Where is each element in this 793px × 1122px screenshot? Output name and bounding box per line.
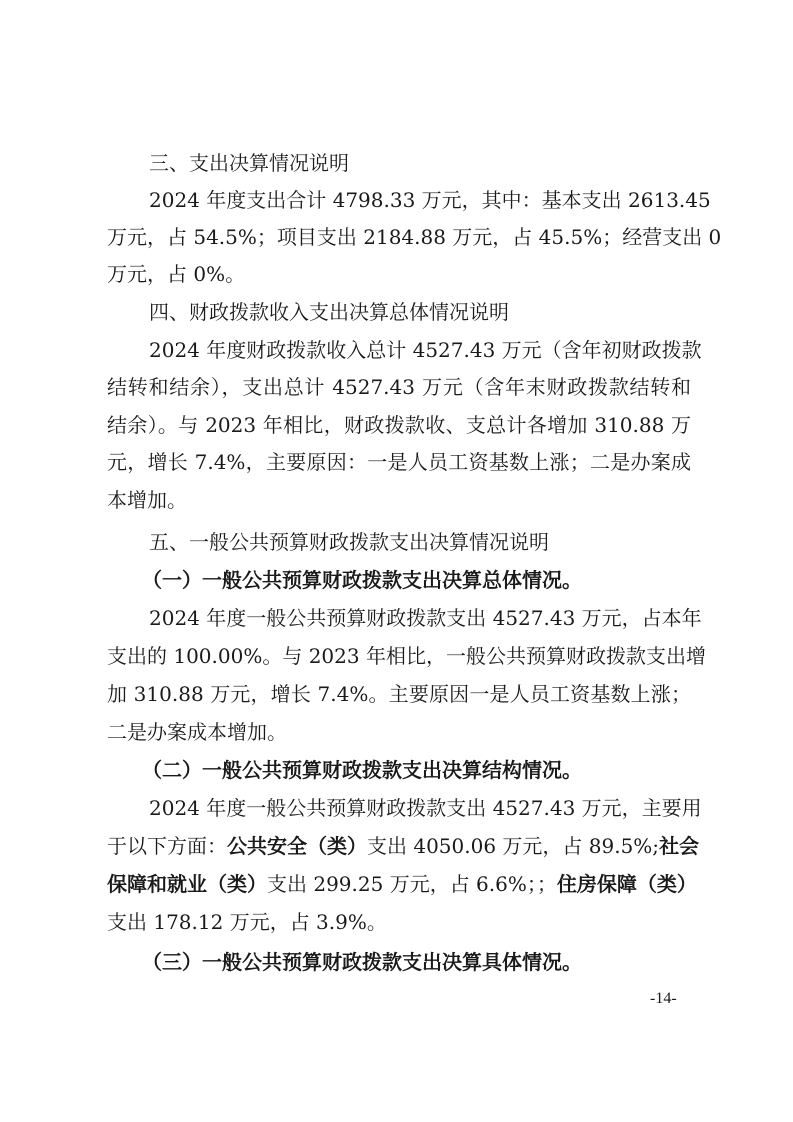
paragraph-line: 元，增长 7.4%，主要原因：一是人员工资基数上涨；二是办案成 bbox=[107, 447, 691, 477]
section-4-heading: 四、财政拨款收入支出决算总体情况说明 bbox=[149, 297, 691, 327]
paragraph-line: 2024 年度一般公共预算财政拨款支出 4527.43 万元，主要用 bbox=[149, 793, 691, 823]
paragraph-line: 2024 年度一般公共预算财政拨款支出 4527.43 万元，占本年 bbox=[149, 603, 691, 633]
subsection-1-title: （一）一般公共预算财政拨款支出决算总体情况。 bbox=[142, 565, 691, 595]
paragraph-line: 保障和就业（类）支出 299.25 万元，占 6.6%；；住房保障（类） bbox=[107, 869, 691, 899]
category-social-security-end: 保障和就业（类） bbox=[107, 872, 267, 896]
text: 支出 299.25 万元，占 6.6%；； bbox=[267, 872, 557, 896]
paragraph-line: 支出 178.12 万元，占 3.9%。 bbox=[107, 907, 691, 937]
subsection-3-title: （三）一般公共预算财政拨款支出决算具体情况。 bbox=[142, 947, 691, 977]
paragraph-line: 2024 年度财政拨款收入总计 4527.43 万元（含年初财政拨款 bbox=[149, 335, 691, 365]
paragraph-line: 结转和结余），支出总计 4527.43 万元（含年末财政拨款结转和 bbox=[107, 372, 691, 402]
text: 于以下方面： bbox=[107, 834, 227, 858]
category-housing: 住房保障（类） bbox=[557, 872, 697, 896]
category-social-security-start: 社会 bbox=[659, 834, 699, 858]
page-number: -14- bbox=[650, 990, 677, 1008]
section-3-heading: 三、支出决算情况说明 bbox=[149, 148, 691, 178]
paragraph-line: 二是办案成本增加。 bbox=[107, 717, 691, 747]
section-5-heading: 五、一般公共预算财政拨款支出决算情况说明 bbox=[149, 527, 691, 557]
paragraph-line: 万元，占 0%。 bbox=[107, 259, 691, 289]
category-public-security: 公共安全（类） bbox=[227, 834, 367, 858]
paragraph-line: 加 310.88 万元，增长 7.4%。主要原因一是人员工资基数上涨； bbox=[107, 679, 691, 709]
paragraph-line: 万元，占 54.5%；项目支出 2184.88 万元，占 45.5%；经营支出 … bbox=[107, 222, 691, 252]
paragraph-line: 支出的 100.00%。与 2023 年相比，一般公共预算财政拨款支出增 bbox=[107, 641, 691, 671]
paragraph-line: 2024 年度支出合计 4798.33 万元，其中：基本支出 2613.45 bbox=[149, 185, 691, 215]
paragraph-line: 于以下方面：公共安全（类）支出 4050.06 万元，占 89.5%;社会 bbox=[107, 831, 691, 861]
text: 支出 4050.06 万元，占 89.5%; bbox=[367, 834, 659, 858]
subsection-2-title: （二）一般公共预算财政拨款支出决算结构情况。 bbox=[142, 755, 691, 785]
paragraph-line: 本增加。 bbox=[107, 485, 691, 515]
paragraph-line: 结余）。与 2023 年相比，财政拨款收、支总计各增加 310.88 万 bbox=[107, 410, 691, 440]
